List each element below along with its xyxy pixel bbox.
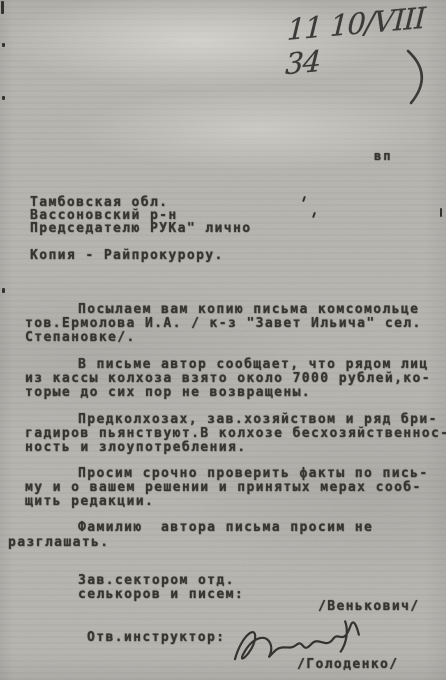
sector-head-title-line-1: Зав.сектором отд.: [78, 574, 235, 588]
paragraph-3-line-2: гадиров пьянствуют.В колхозе бесхозяйств…: [25, 427, 446, 441]
paragraph-5-line-1: Фамилию автора письма просим не: [78, 521, 373, 535]
ink-speck: [302, 196, 306, 202]
paragraph-4-line-2: му и о вашем решении и принятых мерах со…: [25, 481, 422, 495]
instructor-label: Отв.инструктор:: [87, 631, 225, 645]
ink-speck: [312, 212, 316, 218]
scan-artifact: [2, 96, 5, 100]
paragraph-3-line-3: ность и злоупотребления.: [25, 441, 246, 455]
handwritten-paren-mark: [398, 48, 438, 106]
scan-artifact: [440, 208, 442, 217]
paragraph-2-line-3: торые до сих пор не возвращены.: [25, 386, 311, 400]
sector-head-title-line-2: селькоров и писем:: [78, 588, 244, 602]
paragraph-1-line-2: тов.Ермолова И.А. / к-з "Завет Ильича" с…: [25, 317, 422, 331]
paragraph-4-line-3: щить редакции.: [25, 495, 154, 509]
scan-artifact: [1, 1, 4, 14]
document-scan: 11 10/VIII 34 вп Тамбовская обл. Вассоно…: [0, 0, 446, 680]
copy-recipient-line: Копия - Райпрокурору.: [30, 249, 224, 263]
address-line-recipient: Председателю РУКа" лично: [30, 222, 251, 236]
code-stamp: вп: [374, 149, 392, 163]
scan-artifact: [2, 288, 5, 293]
scan-artifact: [2, 43, 5, 47]
paragraph-1-line-1: Посылаем вам копию письма комсомольце: [78, 303, 419, 317]
paragraph-4-line-1: Просим срочно проверить факты по пись-: [78, 467, 429, 481]
paragraph-2-line-2: из кассы колхоза взято около 7000 рублей…: [25, 372, 431, 386]
handwritten-signature: [228, 612, 363, 667]
paragraph-5-line-2: разглашать.: [8, 536, 110, 550]
paragraph-3-line-1: Предколхозах, зав.хозяйством и ряд бри-: [78, 413, 438, 427]
paragraph-1-line-3: Степановке/.: [25, 331, 136, 345]
paragraph-2-line-1: В письме автор сообщает, что рядом лиц: [78, 358, 429, 372]
